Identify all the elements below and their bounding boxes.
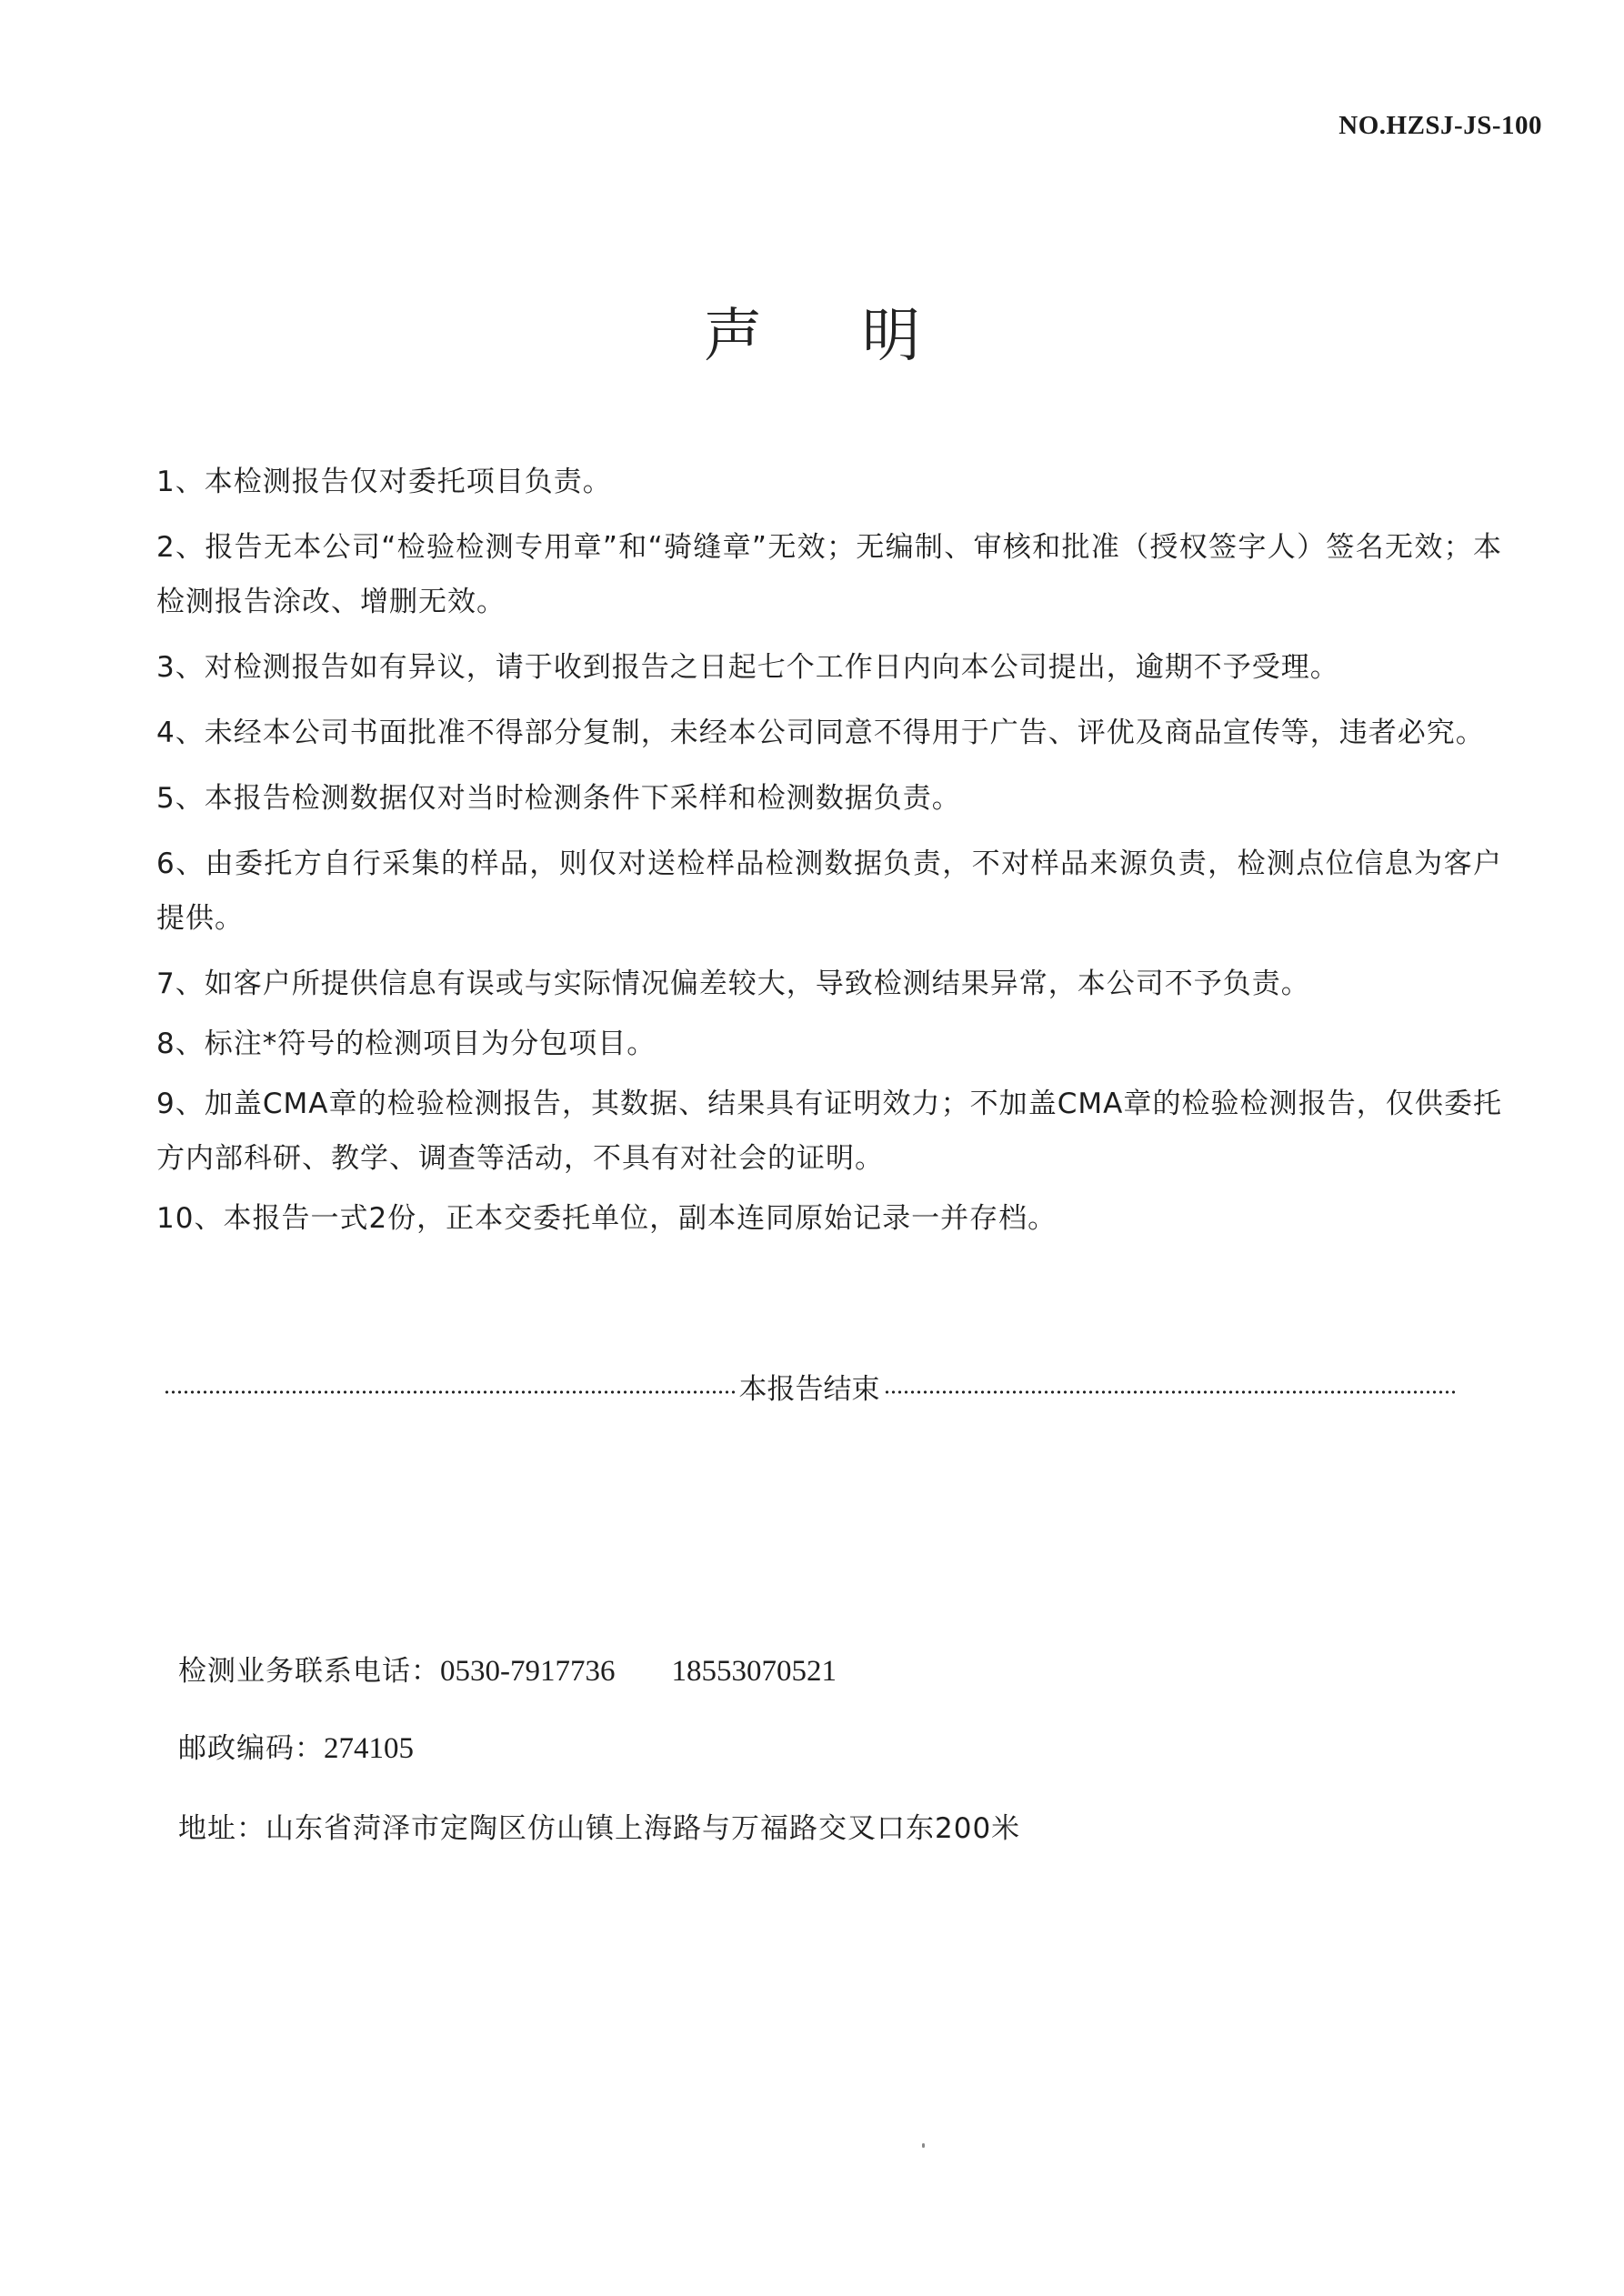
phone-label: 检测业务联系电话： [178, 1655, 440, 1688]
dotted-leader-right [884, 1389, 1456, 1395]
report-end-marker: 本报告结束 [164, 1366, 1455, 1407]
clause-9: 9、加盖CMA章的检验检测报告，其数据、结果具有证明效力；不加盖CMA章的检验检… [156, 1077, 1502, 1186]
address-label: 地址： [178, 1812, 266, 1845]
clause-8: 8、标注*符号的检测项目为分包项目。 [156, 1017, 1502, 1071]
address-text: 山东省菏泽市定陶区仿山镇上海路与万福路交叉口东200米 [266, 1812, 1020, 1845]
clause-2: 2、报告无本公司“检验检测专用章”和“骑缝章”无效；无编制、审核和批准（授权签字… [156, 520, 1502, 629]
clause-3: 3、对检测报告如有异议，请于收到报告之日起七个工作日内向本公司提出，逾期不予受理… [156, 640, 1502, 695]
contact-postal-line: 邮政编码：274105 [178, 1725, 414, 1766]
phone-number-2: 18553070521 [672, 1655, 837, 1688]
page-title: 声明 [0, 289, 1624, 373]
clause-7: 7、如客户所提供信息有误或与实际情况偏差较大，导致检测结果异常，本公司不予负责。 [156, 957, 1502, 1011]
declaration-clauses: 1、本检测报告仅对委托项目负责。 2、报告无本公司“检验检测专用章”和“骑缝章”… [156, 455, 1502, 1257]
clause-6: 6、由委托方自行采集的样品，则仅对送检样品检测数据负责，不对样品来源负责，检测点… [156, 837, 1502, 946]
title-char-2: 明 [862, 289, 920, 373]
clause-5: 5、本报告检测数据仅对当时检测条件下采样和检测数据负责。 [156, 771, 1502, 826]
scan-speck [922, 2143, 925, 2148]
phone-number-1: 0530-7917736 [440, 1655, 616, 1688]
title-char-1: 声 [704, 289, 762, 373]
report-end-text: 本报告结束 [736, 1366, 884, 1407]
contact-address-line: 地址：山东省菏泽市定陶区仿山镇上海路与万福路交叉口东200米 [178, 1805, 1020, 1846]
postal-code: 274105 [324, 1732, 414, 1765]
contact-phone-line: 检测业务联系电话：0530-791773618553070521 [178, 1648, 837, 1689]
document-number: NO.HZSJ-JS-100 [1338, 111, 1542, 141]
clause-10: 10、本报告一式2份，正本交委托单位，副本连同原始记录一并存档。 [156, 1191, 1502, 1246]
postal-label: 邮政编码： [178, 1732, 324, 1765]
clause-1: 1、本检测报告仅对委托项目负责。 [156, 455, 1502, 509]
clause-4: 4、未经本公司书面批准不得部分复制，未经本公司同意不得用于广告、评优及商品宣传等… [156, 706, 1502, 760]
dotted-leader-left [164, 1389, 736, 1395]
